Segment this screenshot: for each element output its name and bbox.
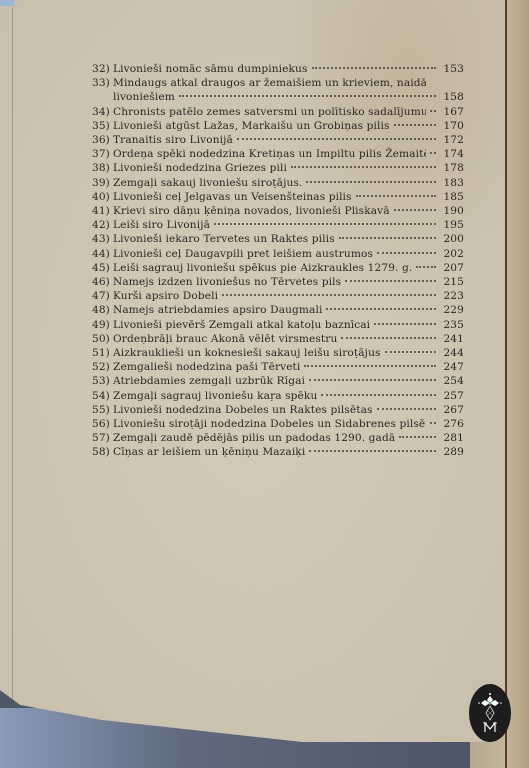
toc-entry: 56)Livoniešu siroṭāji nodedzina Dobeles … [92, 417, 464, 431]
toc-entry-title: Cīņas ar leišiem un ķēniņu Mazaiķi [113, 445, 305, 459]
toc-entry-page: 254 [440, 374, 464, 388]
toc-entry: 42)Leiši siro Livonijā195 [92, 218, 464, 232]
toc-entry-title: Zemgalieši nodedzina paši Tērveti [113, 360, 300, 374]
toc-entry-page: 244 [440, 346, 464, 360]
toc-entry-page: 229 [440, 303, 464, 317]
toc-entry-title: Zemgaļi sagrauj livoniešu kaṛa spēku [113, 389, 317, 403]
toc-entry-page: 267 [440, 403, 464, 417]
toc-leader-dots [394, 209, 436, 211]
toc-entry-number: 41) [92, 204, 113, 218]
toc-entry-number: 47) [92, 289, 113, 303]
toc-entry: 35)Livonieši atgūst Lažas, Markaišu un G… [92, 119, 464, 133]
toc-entry-number: 46) [92, 275, 113, 289]
toc-leader-dots [291, 166, 436, 168]
toc-entry-title: Aizkrauklieši un koknesieši sakauj leišu… [113, 346, 381, 360]
toc-leader-dots [394, 124, 436, 126]
toc-entry: 41)Krievi siro dāņu ķēniņa novados, livo… [92, 204, 464, 218]
toc-entry-title: Namejs izdzen livoniešus no Tērvetes pil… [113, 275, 341, 289]
toc-entry-page: 195 [440, 218, 464, 232]
page-gutter-line [12, 8, 13, 708]
background-corner [0, 0, 14, 6]
toc-entry: 39)Zemgaļi sakauj livoniešu siroṭājus.18… [92, 176, 464, 190]
toc-entry: 52)Zemgalieši nodedzina paši Tērveti247 [92, 360, 464, 374]
toc-entry-title: Mindaugs atkal draugos ar žemaišiem un k… [113, 76, 426, 90]
toc-entry-number: 36) [92, 133, 113, 147]
toc-entry-page: 207 [440, 261, 464, 275]
toc-entry-page: 235 [440, 318, 464, 332]
toc-entry-page: 276 [440, 417, 464, 431]
toc-entry-title: Livoniešu siroṭāji nodedzina Dobeles un … [113, 417, 426, 431]
toc-leader-dots [312, 67, 437, 69]
toc-entry-number: 45) [92, 261, 113, 275]
toc-entry-number: 38) [92, 161, 113, 175]
toc-entry-page: 241 [440, 332, 464, 346]
toc-entry-title: Krievi siro dāņu ķēniņa novados, livonie… [113, 204, 390, 218]
toc-entry: 44)Livonieši ceļ Daugavpili pret leišiem… [92, 247, 464, 261]
toc-leader-dots [179, 95, 436, 97]
toc-entry-page: 185 [440, 190, 464, 204]
toc-entry: 32)Livonieši nomāc sāmu dumpiniekus153 [92, 62, 464, 76]
toc-entry-title: Namejs atriebdamies apsiro Daugmali [113, 303, 322, 317]
toc-entry: 51)Aizkrauklieši un koknesieši sakauj le… [92, 346, 464, 360]
toc-entry: 40)Livonieši ceļ Jelgavas un Veisenštein… [92, 190, 464, 204]
toc-entry-title: Tranaitis siro Livonijā [113, 133, 233, 147]
toc-entry-title: Livonieši iekaro Tervetes un Raktes pili… [113, 232, 335, 246]
toc-entry-number: 49) [92, 318, 113, 332]
toc-entry-page: 289 [440, 445, 464, 459]
toc-entry-number: 33) [92, 76, 113, 90]
toc-entry-title: Livonieši ceļ Jelgavas un Veisenšteinas … [113, 190, 352, 204]
toc-entry: 47)Kurši apsiro Dobeli223 [92, 289, 464, 303]
toc-entry: 49)Livonieši pievērš Zemgali atkal katoļ… [92, 318, 464, 332]
toc-entry-page: 170 [440, 119, 464, 133]
toc-entry-page: 281 [440, 431, 464, 445]
toc-leader-dots [399, 436, 436, 438]
toc-leader-dots [377, 408, 436, 410]
toc-entry-page: 178 [440, 161, 464, 175]
toc-leader-dots [339, 237, 436, 239]
toc-entry-number: 44) [92, 247, 113, 261]
toc-entry-number: 52) [92, 360, 113, 374]
toc-entry-number: 56) [92, 417, 113, 431]
toc-entry: 48)Namejs atriebdamies apsiro Daugmali22… [92, 303, 464, 317]
toc-entry-page: 183 [440, 176, 464, 190]
toc-entry-title: Livonieši nodedzina Griezes pili [113, 161, 287, 175]
toc-leader-dots [326, 308, 436, 310]
toc-leader-dots [321, 394, 436, 396]
toc-entry: 38)Livonieši nodedzina Griezes pili178 [92, 161, 464, 175]
toc-entry-page: 167 [440, 105, 464, 119]
toc-leader-dots [309, 450, 436, 452]
toc-entry-title: Chronists patēlo zemes satversmi un polī… [113, 105, 426, 119]
watermark-logo [469, 684, 511, 742]
toc-entry-page: 247 [440, 360, 464, 374]
toc-leader-dots [304, 365, 436, 367]
toc-entry: 58)Cīņas ar leišiem un ķēniņu Mazaiķi289 [92, 445, 464, 459]
toc-entry-title: Livonieši ceļ Daugavpili pret leišiem au… [113, 247, 373, 261]
toc-entry: 43)Livonieši iekaro Tervetes un Raktes p… [92, 232, 464, 246]
toc-entry-number: 57) [92, 431, 113, 445]
toc-entry-page: 200 [440, 232, 464, 246]
toc-entry: 33)Mindaugs atkal draugos ar žemaišiem u… [92, 76, 464, 90]
toc-entry: livoniešiem158 [92, 90, 464, 104]
toc-entry-number: 48) [92, 303, 113, 317]
toc-entry-title: Zemgaļi sakauj livoniešu siroṭājus. [113, 176, 302, 190]
toc-entry-title: Livonieši pievērš Zemgali atkal katoļu b… [113, 318, 370, 332]
toc-entry-title: Ordeņa spēki nodedzina Kretiņas un Impil… [113, 147, 426, 161]
toc-entry: 57)Zemgaļi zaudē pēdējās pilis un padoda… [92, 431, 464, 445]
page-edge [505, 0, 507, 768]
toc-leader-dots [385, 351, 436, 353]
toc-entry: 34)Chronists patēlo zemes satversmi un p… [92, 105, 464, 119]
toc-entry: 55)Livonieši nodedzina Dobeles un Raktes… [92, 403, 464, 417]
toc-entry-number: 34) [92, 105, 113, 119]
toc-entry: 50)Ordeņbrāļi brauc Akonā vēlēt virsmest… [92, 332, 464, 346]
toc-entry: 46)Namejs izdzen livoniešus no Tērvetes … [92, 275, 464, 289]
toc-entry-page: 172 [440, 133, 464, 147]
toc-entry: 36)Tranaitis siro Livonijā172 [92, 133, 464, 147]
toc-entry-title: Livonieši nodedzina Dobeles un Raktes pi… [113, 403, 373, 417]
toc-entry: 53)Atriebdamies zemgaļi uzbrūk Rīgai254 [92, 374, 464, 388]
toc-entry-number: 39) [92, 176, 113, 190]
toc-leader-dots [341, 337, 436, 339]
toc-entry-title: Leiši siro Livonijā [113, 218, 210, 232]
toc-entry-number: 51) [92, 346, 113, 360]
toc-entry-number: 55) [92, 403, 113, 417]
toc-leader-dots [430, 110, 436, 112]
toc-entry-page: 202 [440, 247, 464, 261]
toc-entry: 37)Ordeņa spēki nodedzina Kretiņas un Im… [92, 147, 464, 161]
toc-entry-number: 50) [92, 332, 113, 346]
toc-entry-title: Livonieši atgūst Lažas, Markaišu un Grob… [113, 119, 390, 133]
toc-leader-dots [309, 379, 436, 381]
toc-entry-page: 215 [440, 275, 464, 289]
toc-entry-title: Leiši sagrauj livoniešu spēkus pie Aizkr… [113, 261, 412, 275]
toc-entry-number: 53) [92, 374, 113, 388]
toc-leader-dots [222, 294, 436, 296]
toc-entry-title: Livonieši nomāc sāmu dumpiniekus [113, 62, 308, 76]
toc-entry-title: livoniešiem [113, 90, 175, 104]
toc-leader-dots [377, 252, 436, 254]
toc-entry-page: 158 [440, 90, 464, 104]
toc-leader-dots [416, 266, 436, 268]
toc-leader-dots [345, 280, 436, 282]
flower-diamond-logo-icon [475, 691, 505, 735]
toc-entry-number: 35) [92, 119, 113, 133]
toc-entry-number: 43) [92, 232, 113, 246]
toc-leader-dots [430, 152, 436, 154]
toc-entry-title: Kurši apsiro Dobeli [113, 289, 218, 303]
toc-leader-dots [214, 223, 436, 225]
toc-entry-number: 37) [92, 147, 113, 161]
toc-entry-page: 174 [440, 147, 464, 161]
toc-entry-title: Zemgaļi zaudē pēdējās pilis un padodas 1… [113, 431, 395, 445]
toc-entry-page: 153 [440, 62, 464, 76]
toc-entry-number: 32) [92, 62, 113, 76]
toc-entry-page: 257 [440, 389, 464, 403]
toc-leader-dots [356, 195, 436, 197]
toc-entry-number: 40) [92, 190, 113, 204]
toc-leader-dots [237, 138, 436, 140]
toc-leader-dots [306, 181, 436, 183]
toc-entry-title: Ordeņbrāļi brauc Akonā vēlēt virsmestru [113, 332, 337, 346]
toc-entry-number: 42) [92, 218, 113, 232]
toc-leader-dots [430, 422, 436, 424]
toc-leader-dots [374, 323, 436, 325]
toc-entry-number: 58) [92, 445, 113, 459]
toc-entry: 45)Leiši sagrauj livoniešu spēkus pie Ai… [92, 261, 464, 275]
toc-entry: 54)Zemgaļi sagrauj livoniešu kaṛa spēku2… [92, 389, 464, 403]
toc-entry-page: 190 [440, 204, 464, 218]
toc-entry-page: 223 [440, 289, 464, 303]
toc-entry-title: Atriebdamies zemgaļi uzbrūk Rīgai [113, 374, 305, 388]
toc-entry-number: 54) [92, 389, 113, 403]
table-of-contents: 32)Livonieši nomāc sāmu dumpiniekus15333… [92, 62, 464, 460]
